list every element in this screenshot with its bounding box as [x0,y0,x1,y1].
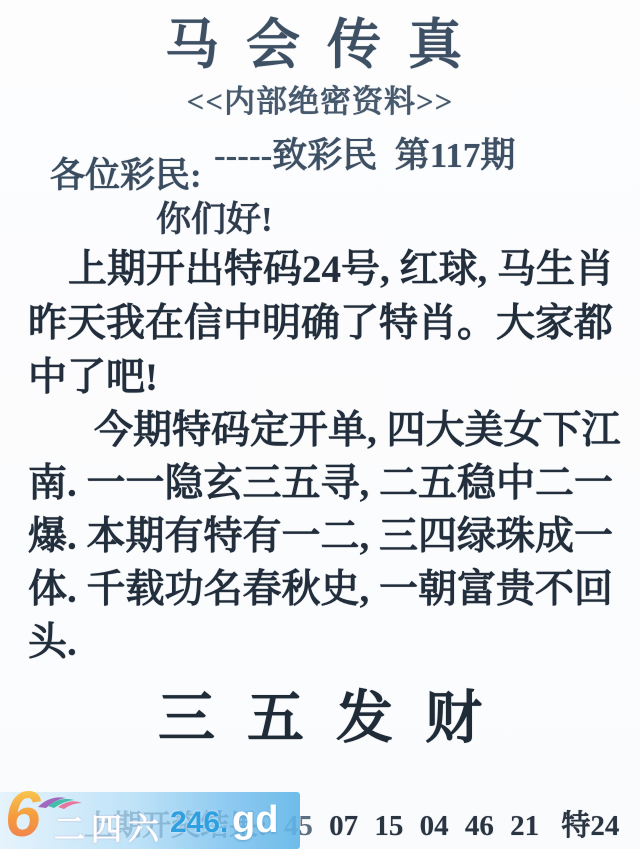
page-title: 马会传真 [0,2,640,79]
text-line: 爆. 本期有特有一二, 三四绿珠成一 [28,510,621,563]
246gd-watermark-logo: 6 二四六 246. gd [0,792,300,849]
text-line: 南. 一一隐玄三五寻, 二五稳中二一 [28,457,621,510]
watermark-brand-cn: 二四六 [54,804,165,849]
results-special-number: 特24 [561,810,619,842]
text-line: 昨天我在信中明确了特肖。大家都 [28,297,614,351]
text-line: 中了吧! [28,351,614,405]
subtitle-secret-material: <<内部绝密资料>> [0,76,640,121]
text-line: 今期特码定开单, 四大美女下江 [28,404,621,457]
greeting: 你们好! [156,192,273,242]
paragraph-last-issue-result: 上期开出特码24号, 红球, 马生肖 昨天我在信中明确了特肖。大家都 中了吧! [28,243,614,405]
salutation: 各位彩民: [50,148,202,198]
text-line: 上期开出特码24号, 红球, 马生肖 [28,243,614,297]
text-line: 体. 千载功名春秋史, 一朝富贵不回 [28,563,621,616]
paragraph-current-issue-tip: 今期特码定开单, 四大美女下江 南. 一一隐玄三五寻, 二五稳中二一 爆. 本期… [28,404,621,669]
watermark-brand-domain: gd [232,799,278,842]
issue-number-line: -----致彩民 第117期 [214,128,515,178]
fax-document-page: 马会传真 <<内部绝密资料>> -----致彩民 第117期 各位彩民: 你们好… [0,0,640,849]
results-numbers: 07 15 04 46 21 [329,810,539,842]
text-line: 头. [28,616,621,669]
watermark-brand-number: 246. [170,806,228,840]
slogan-fortune: 三五发财 [158,672,514,754]
